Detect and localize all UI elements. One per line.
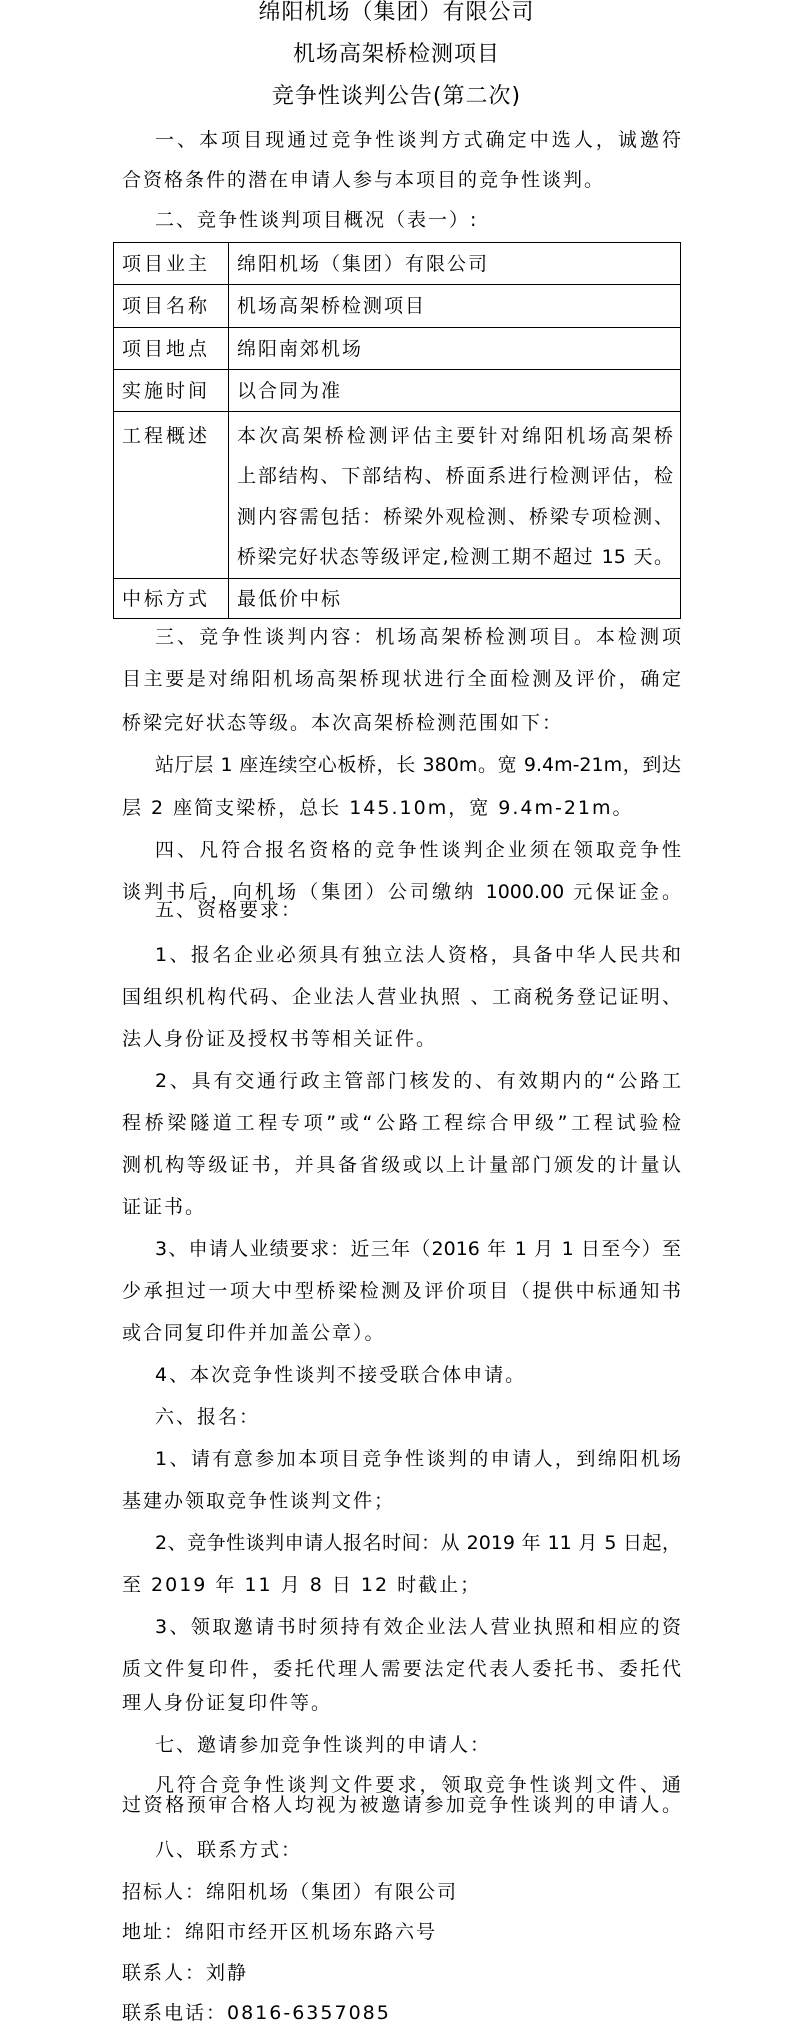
table-value-award-method: 最低价中标 <box>237 587 342 611</box>
table-value-overview-line: 测内容需包括：桥梁外观检测、桥梁专项检测、 <box>237 505 673 529</box>
document-title-company: 绵阳机场（集团）有限公司 <box>0 0 793 26</box>
section6-item2-line: 至 2019 年 11 月 8 日 12 时截止； <box>122 1573 481 1597</box>
section5-item3-line: 或合同复印件并加盖公章）。 <box>122 1321 386 1345</box>
section6-item3-line: 理人身份证复印件等。 <box>122 1691 332 1715</box>
section5-item2-line: 证证书。 <box>122 1195 206 1219</box>
project-overview-table: 项目业主 绵阳机场（集团）有限公司 项目名称 机场高架桥检测项目 项目地点 绵阳… <box>113 242 681 619</box>
table-row-divider <box>114 578 680 579</box>
section3-line: 三、竞争性谈判内容：机场高架桥检测项目。本检测项 <box>155 625 681 649</box>
document-title-project: 机场高架桥检测项目 <box>0 42 793 68</box>
section1-line: 一、本项目现通过竞争性谈判方式确定中选人，诚邀符 <box>155 128 681 152</box>
section2-heading: 二、竞争性谈判项目概况（表一）: <box>155 208 478 232</box>
section6-item2-line: 2、竞争性谈判申请人报名时间：从 2019 年 11 月 5 日起， <box>155 1531 681 1555</box>
contact-tenderer: 招标人：绵阳机场（集团）有限公司 <box>122 1880 458 1904</box>
section5-item3-line: 3、申请人业绩要求：近三年（2016 年 1 月 1 日至今）至 <box>155 1237 681 1261</box>
contact-phone: 联系电话：0816-6357085 <box>122 2001 391 2022</box>
section7-line: 过资格预审合格人均视为被邀请参加竞争性谈判的申请人。 <box>122 1793 681 1817</box>
section5-item4: 4、本次竞争性谈判不接受联合体申请。 <box>155 1363 526 1387</box>
table-row-divider <box>114 284 680 285</box>
section6-item3-line: 质文件复印件，委托代理人需要法定代表人委托书、委托代 <box>122 1657 681 1681</box>
table-label-time: 实施时间 <box>122 379 210 403</box>
section3-line: 目主要是对绵阳机场高架桥现状进行全面检测及评价，确定 <box>122 667 681 691</box>
section5-item1-line: 1、报名企业必须具有独立法人资格，具备中华人民共和 <box>155 943 681 967</box>
section3-scope-line: 站厅层 1 座连续空心板桥，长 380m。宽 9.4m-21m，到达 <box>155 753 681 777</box>
table-value-overview-line: 上部结构、下部结构、桥面系进行检测评估，检 <box>237 464 673 488</box>
section6-heading: 六、报名： <box>155 1405 260 1429</box>
section1-line: 合资格条件的潜在申请人参与本项目的竞争性谈判。 <box>122 168 605 192</box>
table-row-divider <box>114 369 680 370</box>
section3-line: 桥梁完好状态等级。本次高架桥检测范围如下： <box>122 711 563 735</box>
table-value-name: 机场高架桥检测项目 <box>237 294 426 318</box>
table-row-divider <box>114 327 680 328</box>
table-column-divider <box>228 243 229 618</box>
document-title-notice: 竞争性谈判公告(第二次) <box>0 84 793 110</box>
section6-item3-line: 3、领取邀请书时须持有效企业法人营业执照和相应的资 <box>155 1615 681 1639</box>
table-label-owner: 项目业主 <box>122 252 210 276</box>
section5-item3-line: 少承担过一项大中型桥梁检测及评价项目（提供中标通知书 <box>122 1279 681 1303</box>
table-value-location: 绵阳南郊机场 <box>237 337 363 361</box>
table-value-owner: 绵阳机场（集团）有限公司 <box>237 252 489 276</box>
section5-item1-line: 法人身份证及授权书等相关证件。 <box>122 1027 437 1051</box>
table-label-award-method: 中标方式 <box>122 587 210 611</box>
section5-item2-line: 2、具有交通行政主管部门核发的、有效期内的“公路工 <box>155 1069 681 1093</box>
table-row-divider <box>114 411 680 412</box>
section8-heading: 八、联系方式： <box>155 1838 302 1862</box>
table-value-overview-line: 本次高架桥检测评估主要针对绵阳机场高架桥 <box>237 424 673 448</box>
table-value-time: 以合同为准 <box>237 379 342 403</box>
section5-item2-line: 程桥梁隧道工程专项”或“公路工程综合甲级”工程试验检 <box>122 1111 681 1135</box>
section3-scope-line: 层 2 座简支梁桥，总长 145.10m，宽 9.4m-21m。 <box>122 796 634 820</box>
section5-heading: 五、资格要求： <box>155 898 302 922</box>
table-value-overview-line: 桥梁完好状态等级评定,检测工期不超过 15 天。 <box>237 545 673 569</box>
section7-heading: 七、邀请参加竞争性谈判的申请人： <box>155 1733 491 1757</box>
section4-line: 四、凡符合报名资格的竞争性谈判企业须在领取竞争性 <box>155 838 681 862</box>
table-label-name: 项目名称 <box>122 294 210 318</box>
section5-item2-line: 测机构等级证书，并具备省级或以上计量部门颁发的计量认 <box>122 1153 681 1177</box>
contact-person: 联系人：刘静 <box>122 1961 248 1985</box>
contact-address: 地址：绵阳市经开区机场东路六号 <box>122 1920 437 1944</box>
table-label-location: 项目地点 <box>122 337 210 361</box>
table-label-overview: 工程概述 <box>122 424 210 448</box>
section5-item1-line: 国组织机构代码、企业法人营业执照 、工商税务登记证明、 <box>122 985 681 1009</box>
section6-item1-line: 基建办领取竞争性谈判文件； <box>122 1489 395 1513</box>
section6-item1-line: 1、请有意参加本项目竞争性谈判的申请人，到绵阳机场 <box>155 1447 681 1471</box>
